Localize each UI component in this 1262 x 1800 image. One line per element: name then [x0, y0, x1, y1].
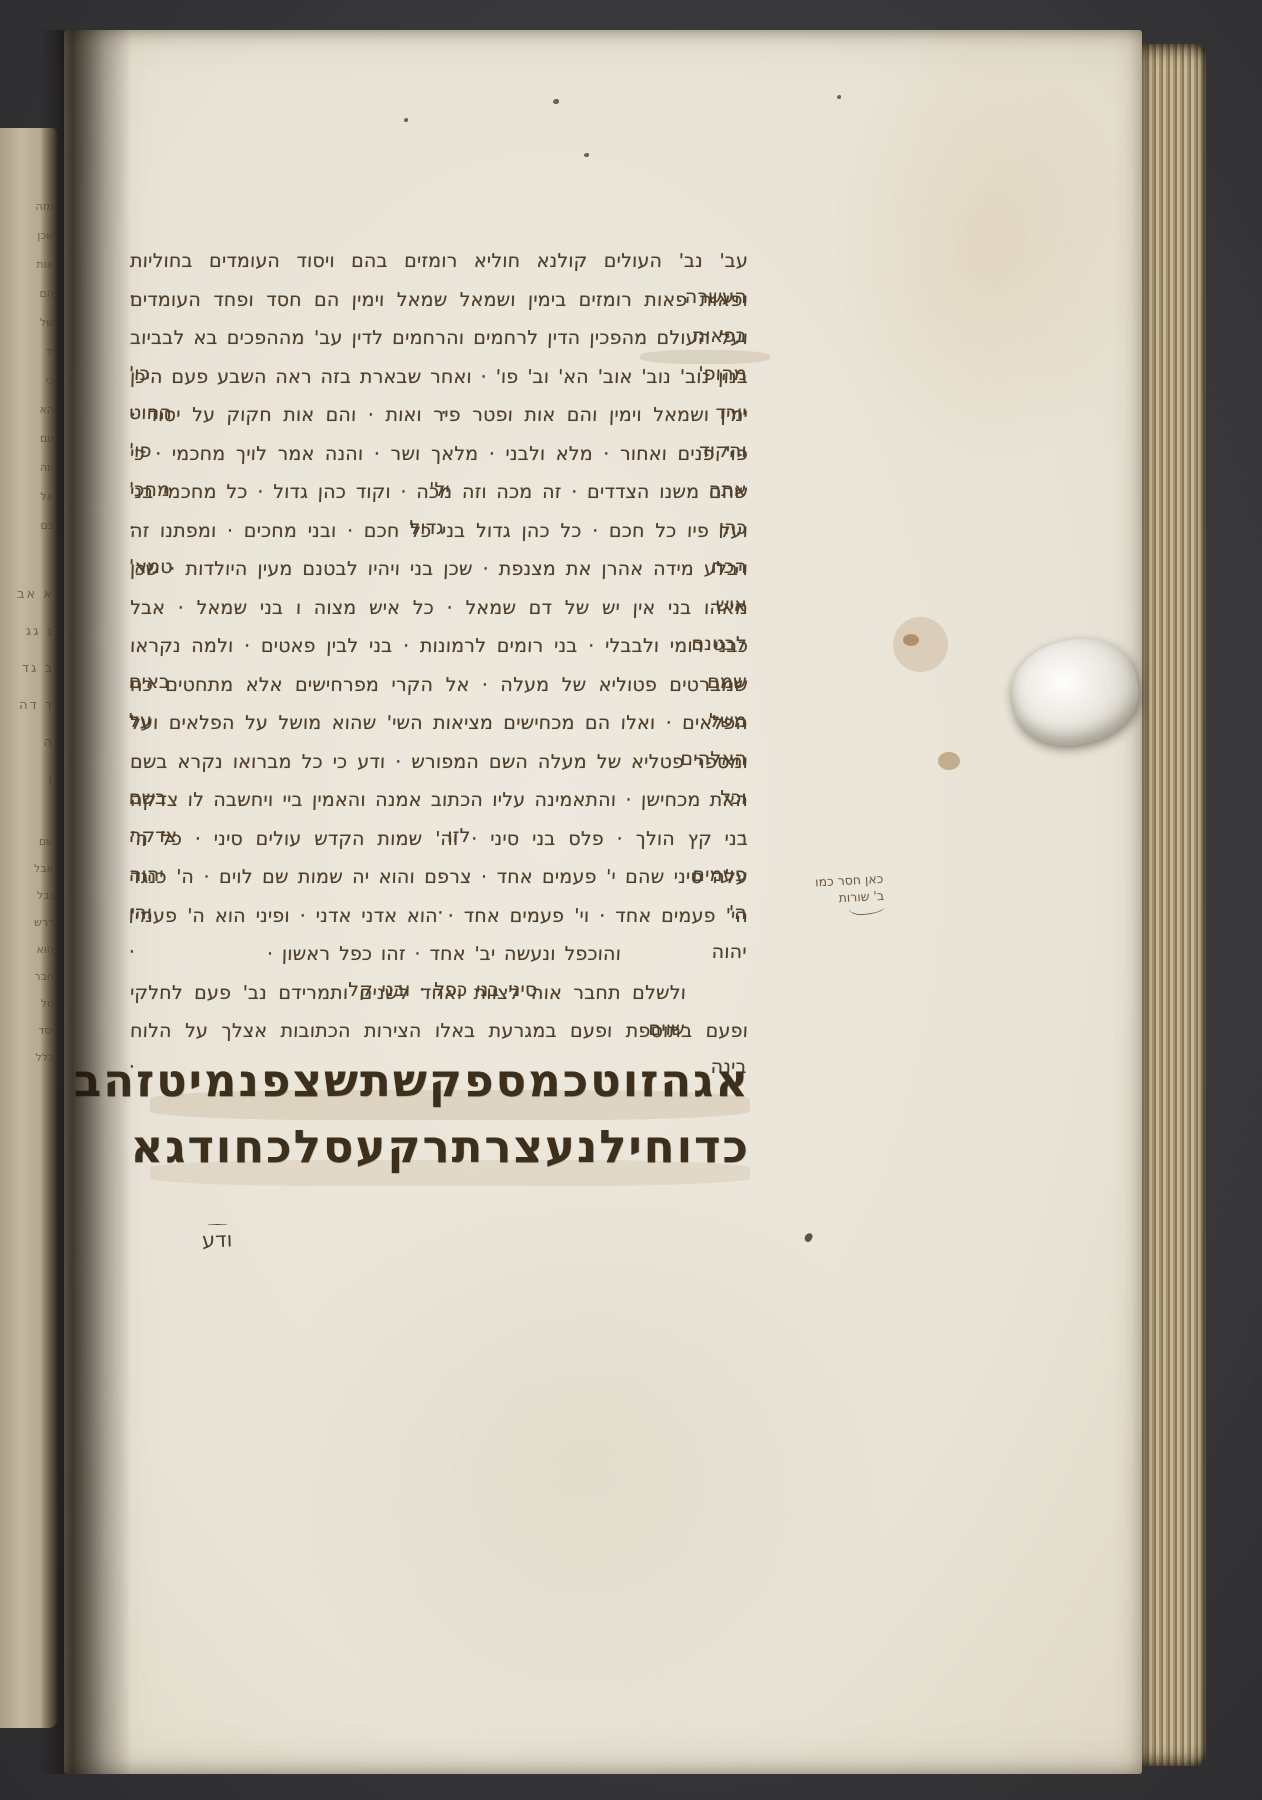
text-line: הפלאים · ואלו הם מכחישים מציאות השי' שהו…: [129, 705, 748, 744]
letter-group-right: כדוחילנעצרת: [452, 1118, 750, 1176]
edge-text-fragment: אל: [0, 482, 54, 511]
text-line: ומספר פטליא של מעלה השם המפורש · ודע כי …: [129, 744, 748, 783]
edge-text-fragment: הוא: [0, 936, 54, 963]
edge-letter-pair: א אב: [0, 576, 54, 613]
edge-text-fragment: וזה: [0, 453, 54, 482]
text-line: שהם משנו הצדדים · זה מכה וזה מכה · וקוד …: [129, 474, 748, 513]
edge-text-fragment: מזה: [0, 192, 54, 221]
text-line: עב' נב' העולים קולנא חוליא רומזים בהם וי…: [129, 243, 748, 282]
text-line: מאהו בני אין יש של דם שמאל · כל איש מצוה…: [129, 590, 748, 629]
text-line: והוכפל ונעשה יב' אחד · זהו כפל ראשון · ס…: [129, 936, 748, 975]
edge-letter-pair: ד דה: [0, 687, 54, 724]
text-line: האת מכחישן · והתאמינה עליו הכתוב אמנה וה…: [129, 782, 748, 821]
edge-text-fragment: כי: [0, 366, 54, 395]
text-line: ימין ושמאל וימין והם אות ופטר פיר ואות ·…: [129, 397, 748, 436]
squiggle-mark: [849, 906, 885, 916]
letter-row: כדוחילנעצרתרקעסלכחודגא: [150, 1118, 750, 1176]
ink-speck: [553, 99, 559, 104]
text-line: שמברטים פטוליא של מעלה · אל הקרי מפרחישי…: [129, 667, 748, 706]
foxing-stain: [893, 617, 948, 672]
facing-page-edge: מזהשכןאותהםשלידכיהאעםוזהאלבם א אבג גגב ג…: [0, 128, 58, 1728]
edge-text-fragment: בם: [0, 511, 54, 540]
foxing-stain: [938, 752, 960, 770]
photograph: מזהשכןאותהםשלידכיהאעםוזהאלבם א אבג גגב ג…: [0, 0, 1262, 1800]
text-line: בנון נוב' נוב' אוב' הא' וב' פו' · ואחר ש…: [129, 359, 748, 398]
fore-edge-pages: [1142, 44, 1206, 1766]
letter-group-right: אגהזוטכמספקש: [393, 1052, 750, 1110]
edge-text-fragment: שם: [0, 828, 54, 855]
letter-group-left: רקעסלכחודגא: [130, 1118, 451, 1176]
text-line: ופעם בתוספת ופעם במגרעת באלו הצירות הכתו…: [129, 1013, 748, 1052]
text-line: ויבלע מידה אהרן את מצנפת · שכן בני ויהיו…: [129, 551, 748, 590]
text-line: ולשלם תחבר אוה לצוות ואחד לשנים ותמרידם …: [129, 975, 748, 1014]
text-line: ועל העולם מהפכין הדין לרחמים והרחמים לדי…: [129, 320, 748, 359]
edge-letter-pair: ג גג: [0, 613, 54, 650]
catchword: ודע: [202, 1227, 233, 1252]
manuscript-page: עב' נב' העולים קולנא חוליא רומזים בהם וי…: [64, 30, 1142, 1774]
edge-letter-pair: ב גד: [0, 650, 54, 687]
edge-text-fragment: עם: [0, 424, 54, 453]
facing-page-text-upper: מזהשכןאותהםשלידכיהאעםוזהאלבם: [0, 192, 54, 540]
foxing-stain: [903, 634, 919, 646]
edge-text-fragment: אות: [0, 250, 54, 279]
facing-page-text-lower: שםאבלגבלדרשהואחברטליסדכלל: [0, 828, 54, 1071]
edge-letter-pair: ו: [0, 761, 54, 798]
text-line: בני קץ הולך · פלס בני סיני · וה' שמות הק…: [129, 821, 748, 860]
edge-text-fragment: הא: [0, 395, 54, 424]
edge-text-fragment: יסד: [0, 1017, 54, 1044]
edge-text-fragment: כלל: [0, 1044, 54, 1071]
ink-speck: [803, 1232, 813, 1243]
edge-text-fragment: טל: [0, 990, 54, 1017]
edge-letter-pair: ה: [0, 724, 54, 761]
ink-speck: [837, 95, 841, 99]
edge-text-fragment: אבל: [0, 855, 54, 882]
edge-text-fragment: יד: [0, 337, 54, 366]
text-line: ועל פיו כל חכם · כל כהן גדול בני כל חכם …: [129, 513, 748, 552]
facing-page-letter-pairs: א אבג גגב גדד דההו: [0, 576, 54, 798]
edge-text-fragment: חבר: [0, 963, 54, 990]
letter-group-left: תשצפנמיטזהב: [74, 1052, 393, 1110]
text-line: כבני רומי ולבבלי · בני רומים לרמונות · ב…: [129, 628, 748, 667]
ink-speck: [404, 118, 408, 122]
ink-speck: [584, 153, 589, 157]
text-line: ופאות פאות רומזים בימין ושמאל שמאל וימין…: [129, 282, 748, 321]
edge-text-fragment: שכן: [0, 221, 54, 250]
edge-text-fragment: גבל: [0, 882, 54, 909]
margin-note: כאן חסר כמו ב' שורות: [763, 870, 885, 920]
edge-text-fragment: הם: [0, 279, 54, 308]
text-line: הי' פעמים אחד · וי' פעמים אחד · הוא אדני…: [129, 898, 748, 937]
display-letter-rows: אגהזוטכמספקשתשצפנמיטזהבכדוחילנעצרתרקעסלכ…: [150, 1052, 750, 1184]
edge-text-fragment: של: [0, 308, 54, 337]
main-text-block: עב' נב' העולים קולנא חוליא רומזים בהם וי…: [130, 243, 748, 1052]
edge-text-fragment: דרש: [0, 909, 54, 936]
text-line: עלה סיני שהם י' פעמים אחד · צרפם והוא יה…: [129, 859, 748, 898]
text-line: פו' פנים ואחור · מלא ולבני · מלאך ושר · …: [129, 436, 748, 475]
letter-row: אגהזוטכמספקשתשצפנמיטזהב: [150, 1052, 750, 1110]
